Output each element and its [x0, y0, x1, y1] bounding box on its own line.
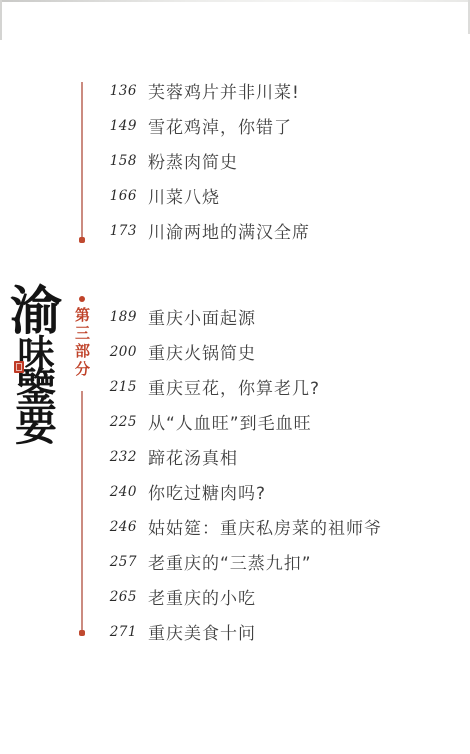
toc-entry-title: 芙蓉鸡片并非川菜! — [148, 78, 300, 103]
toc-entry: 136 芙蓉鸡片并非川菜! — [107, 73, 310, 108]
calligraphy-char: 要 — [15, 407, 57, 446]
toc-entry-page-number: 215 — [107, 379, 137, 395]
toc-entry-title: 重庆豆花，你算老几? — [148, 374, 320, 399]
toc-entry-title: 雪花鸡淖，你错了 — [148, 113, 292, 138]
toc-entry-page-number: 246 — [107, 519, 137, 535]
toc-entry-page-number: 271 — [107, 624, 137, 640]
toc-entry-title: 你吃过糖肉吗? — [148, 479, 266, 504]
toc-entry: 158 粉蒸肉简史 — [107, 143, 310, 178]
toc-entry-title: 重庆美食十问 — [148, 619, 256, 644]
toc-entry-title: 姑姑筵：重庆私房菜的祖师爷 — [148, 514, 382, 539]
rail-end-dot-icon — [79, 630, 85, 636]
calligraphy-char: 渝 — [10, 288, 62, 336]
toc-entry-page-number: 265 — [107, 589, 137, 605]
toc-entry-title: 重庆小面起源 — [148, 304, 256, 329]
toc-entry: 265 老重庆的小吃 — [107, 579, 382, 614]
toc-entry: 149 雪花鸡淖，你错了 — [107, 108, 310, 143]
toc-entry-page-number: 158 — [107, 153, 137, 169]
toc-entry: 200 重庆火锅简史 — [107, 334, 382, 369]
toc-entry: 271 重庆美食十问 — [107, 614, 382, 649]
toc-entry-page-number: 136 — [107, 83, 137, 99]
toc-entry-title: 老重庆的小吃 — [148, 584, 256, 609]
part-three-label: 第三部分 — [73, 307, 91, 393]
toc-entry: 225 从“人血旺”到毛血旺 — [107, 404, 382, 439]
toc-entry-title: 粉蒸肉简史 — [148, 148, 238, 173]
toc-entry-page-number: 200 — [107, 344, 137, 360]
seal-stamp-inner — [16, 363, 22, 371]
toc-entry-title: 蹄花汤真相 — [148, 444, 238, 469]
toc-entry: 189 重庆小面起源 — [107, 299, 382, 334]
toc-entry-page-number: 240 — [107, 484, 137, 500]
toc-entry-page-number: 166 — [107, 188, 137, 204]
rail-end-dot-icon — [79, 237, 85, 243]
page-scan-edge-left — [0, 0, 2, 40]
toc-entry: 173 川渝两地的满汉全席 — [107, 213, 310, 248]
toc-entry-page-number: 189 — [107, 309, 137, 325]
section-rail-previous — [81, 82, 83, 237]
toc-entry-page-number: 232 — [107, 449, 137, 465]
toc-entry-page-number: 149 — [107, 118, 137, 134]
section-rail-part-three — [81, 391, 83, 631]
toc-entry-title: 川渝两地的满汉全席 — [148, 218, 310, 243]
toc-entry-title: 老重庆的“三蒸九扣” — [148, 549, 312, 574]
toc-entry: 232 蹄花汤真相 — [107, 439, 382, 474]
toc-entry: 246 姑姑筵：重庆私房菜的祖师爷 — [107, 509, 382, 544]
toc-section-part-three: 189 重庆小面起源 200 重庆火锅简史 215 重庆豆花，你算老几? 225… — [107, 299, 382, 649]
toc-entry-page-number: 225 — [107, 414, 137, 430]
toc-entry: 240 你吃过糖肉吗? — [107, 474, 382, 509]
toc-entry-page-number: 257 — [107, 554, 137, 570]
toc-entry-title: 从“人血旺”到毛血旺 — [148, 409, 312, 434]
toc-entry: 215 重庆豆花，你算老几? — [107, 369, 382, 404]
part-marker-dot-icon — [79, 296, 85, 302]
toc-entry-title: 重庆火锅简史 — [148, 339, 256, 364]
toc-section-previous: 136 芙蓉鸡片并非川菜! 149 雪花鸡淖，你错了 158 粉蒸肉简史 166… — [107, 73, 310, 248]
seal-stamp-icon — [14, 361, 24, 373]
page-scan-edge-top — [0, 0, 470, 2]
toc-entry: 166 川菜八烧 — [107, 178, 310, 213]
toc-entry: 257 老重庆的“三蒸九扣” — [107, 544, 382, 579]
toc-entry-title: 川菜八烧 — [148, 183, 220, 208]
toc-entry-page-number: 173 — [107, 223, 137, 239]
calligraphy-book-title: 渝 味 鑒 要 — [2, 288, 70, 445]
